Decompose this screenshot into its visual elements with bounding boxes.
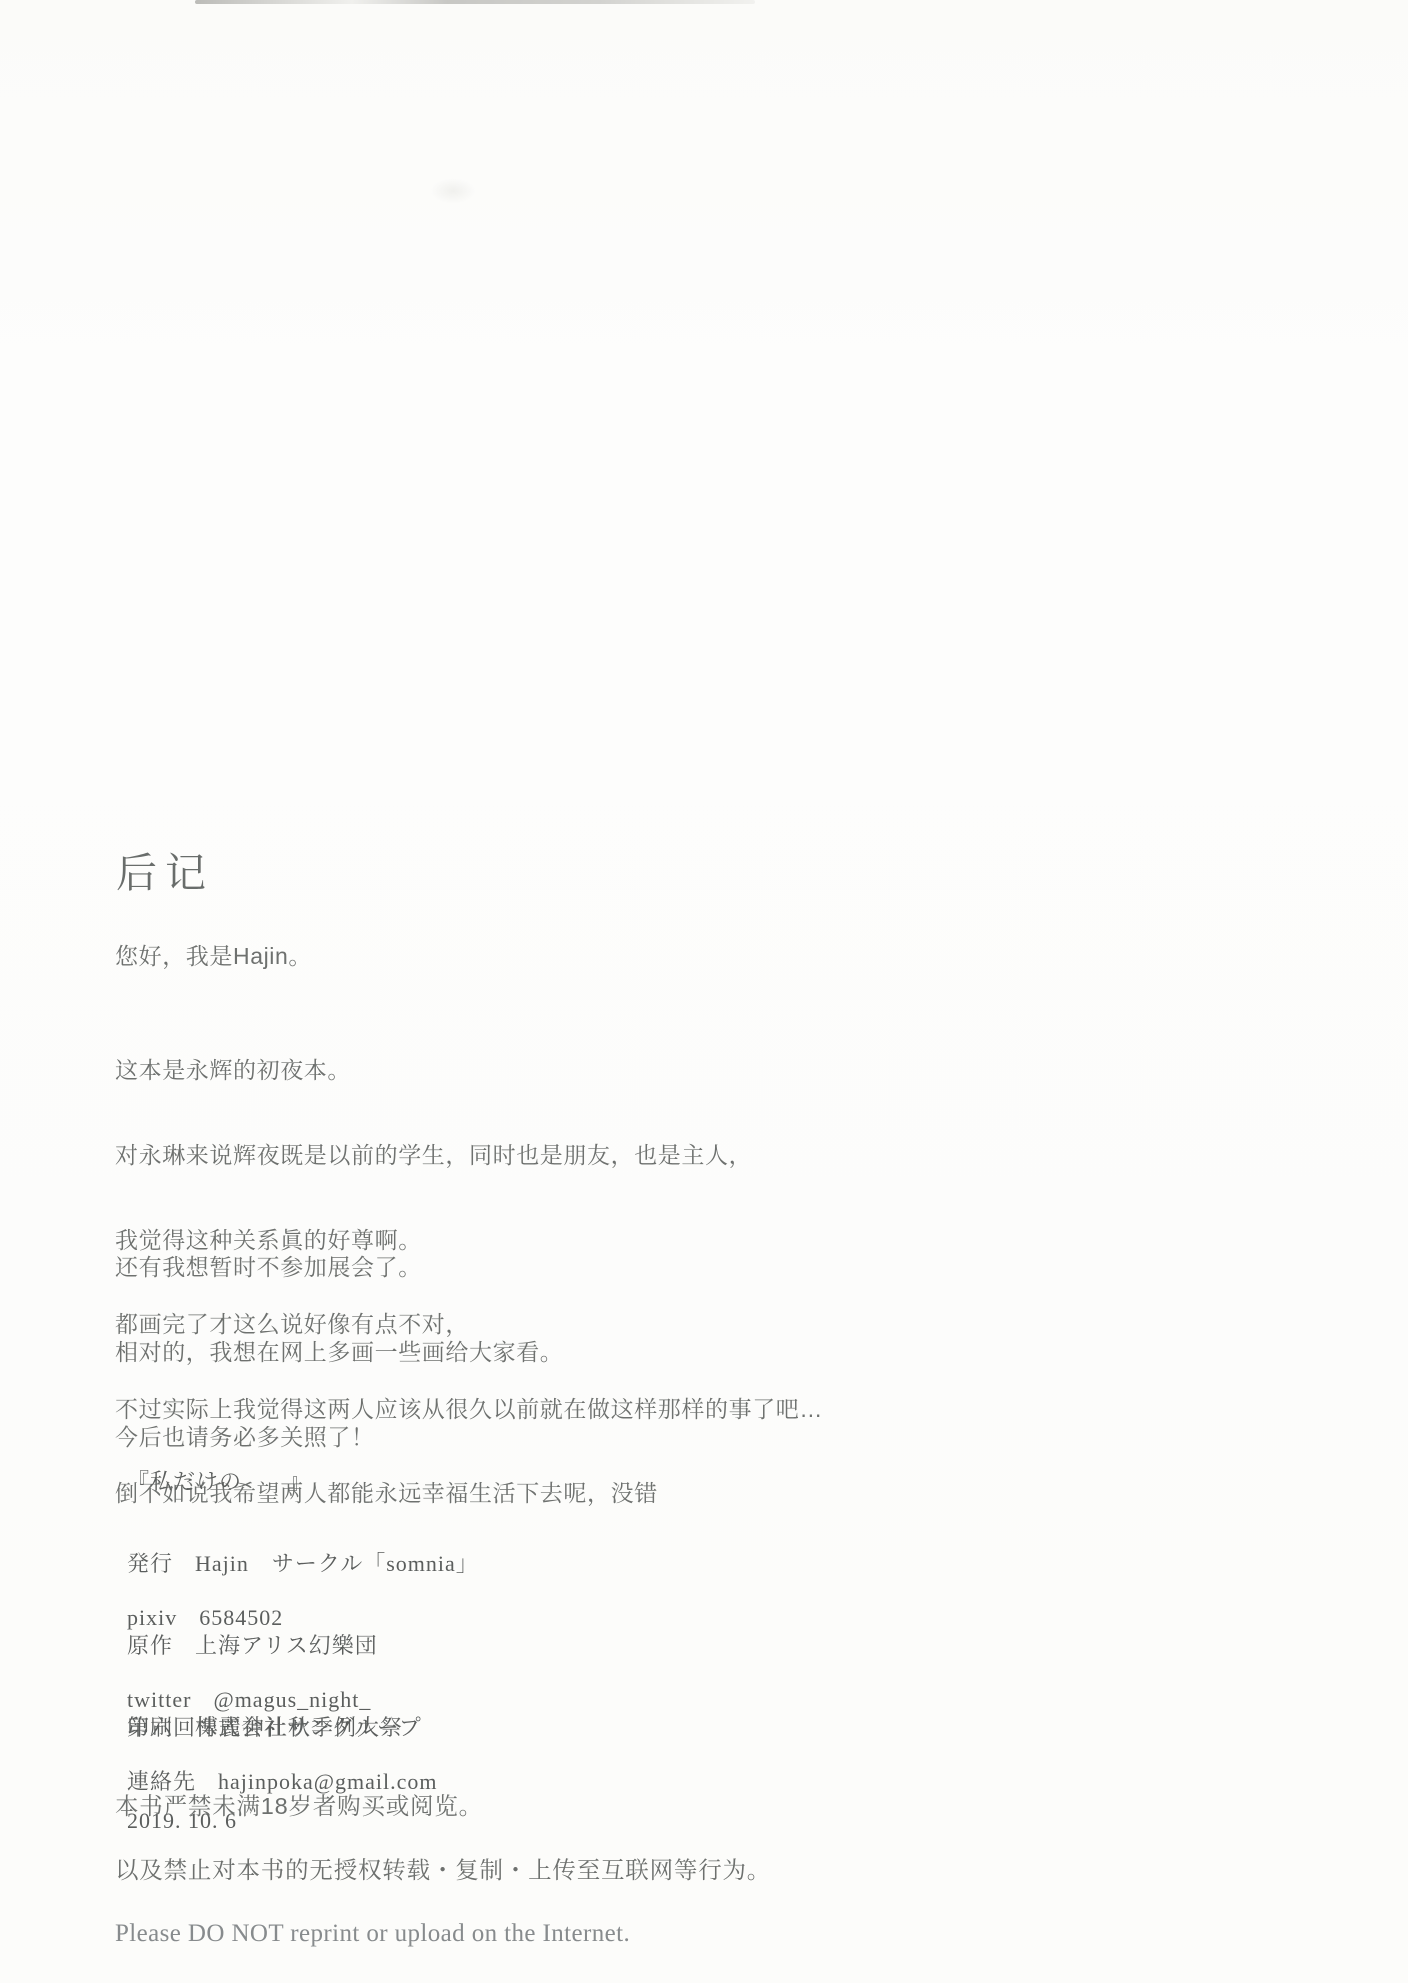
age-restriction-notice: 本书严禁未满18岁者购买或阅览。 以及禁止对本书的无授权转载・复制・上传至互联网… xyxy=(115,1756,771,1966)
event-name: 第六回博麗神社秋季例大祭 xyxy=(127,1712,403,1743)
pixiv-label: pixiv xyxy=(127,1604,177,1631)
notice-line-no-reprint-cjk: 以及禁止对本书的无授权转载・复制・上传至互联网等行为。 xyxy=(115,1856,771,1884)
book-title: 『私だけの 』 xyxy=(127,1468,479,1495)
greeting-line: 您好，我是Hajin。 xyxy=(115,942,312,970)
notice-line-no-reprint-en: Please DO NOT reprint or upload on the I… xyxy=(115,1920,771,1948)
paragraph1-line1: 这本是永辉的初夜本。 xyxy=(115,1056,823,1084)
scan-artifact-top-streak xyxy=(195,0,755,4)
contact-row-pixiv: pixiv 6584502 xyxy=(127,1604,438,1631)
scan-artifact-smudge xyxy=(430,178,476,204)
notice-line-age: 本书严禁未满18岁者购买或阅览。 xyxy=(115,1792,771,1820)
paragraph2-line2: 相对的，我想在网上多画一些画给大家看。 xyxy=(115,1338,563,1366)
paragraph1-line2: 对永琳来说辉夜既是以前的学生，同时也是朋友，也是主人， xyxy=(115,1141,823,1169)
afterword-title: 后记 xyxy=(116,840,214,899)
pixiv-id: 6584502 xyxy=(199,1604,283,1631)
paragraph2-line1: 还有我想暂时不参加展会了。 xyxy=(115,1253,563,1281)
